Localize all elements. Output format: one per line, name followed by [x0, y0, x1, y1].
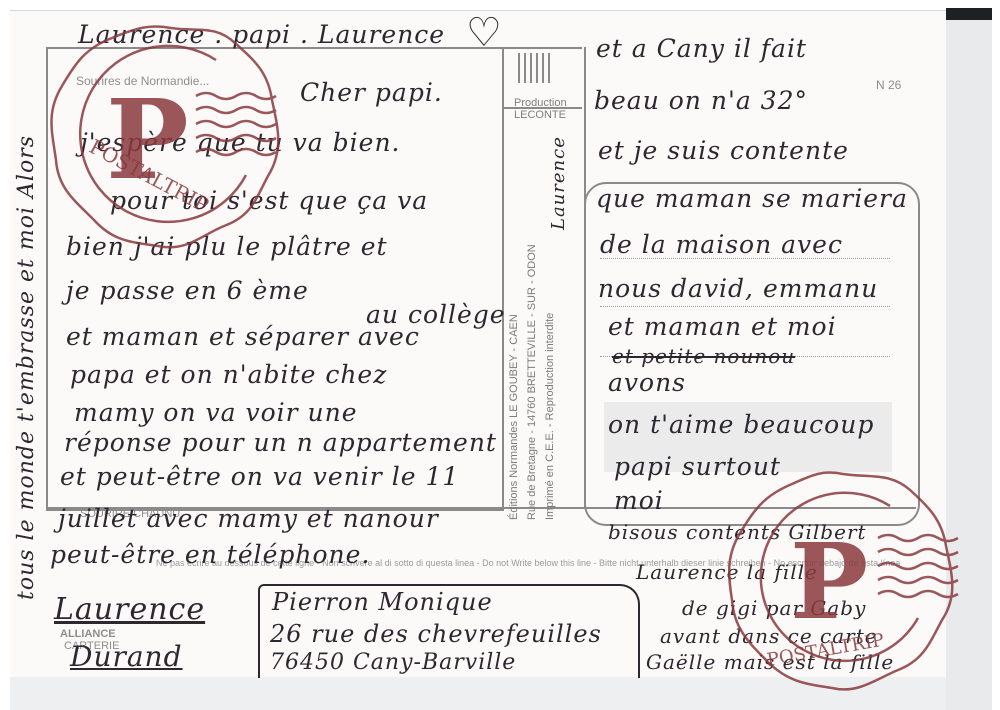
handwriting-margin: tous le monde t'embrasse et moi Alors — [14, 135, 39, 600]
signature-first-name: Laurence — [54, 592, 205, 627]
handwriting-line: on t'aime beaucoup — [608, 410, 874, 439]
handwriting-line: peut-être en téléphone. — [50, 540, 370, 569]
handwriting-line: et maman et moi — [608, 312, 837, 341]
svg-text:P: P — [790, 520, 868, 643]
handwriting-line: et a Cany il fait — [596, 34, 807, 63]
handwriting-line: je passe en 6 ème — [66, 276, 309, 305]
logo-text: Production LECONTE — [514, 97, 576, 121]
handwriting-line: mamy on va voir une — [74, 398, 358, 427]
handwriting-vertical-name: Laurence — [548, 136, 569, 230]
recipient-name: Pierron Monique — [272, 588, 493, 616]
handwriting-line: papa et on n'abite chez — [70, 360, 387, 389]
handwriting-struck-line: et petite nounou — [612, 344, 795, 368]
handwriting-line: avons — [608, 368, 686, 397]
handwriting-line: que maman se mariera — [596, 184, 908, 213]
handwriting-line: beau on n'a 32° — [594, 86, 808, 115]
scan-edge-dark — [946, 8, 992, 20]
logo-line-production: Production — [514, 97, 576, 109]
publisher-credits: Éditions Normandes LE GOUBEY - CAEN Rue … — [505, 120, 581, 520]
handwriting-line: moi — [614, 486, 664, 515]
publisher-line-1: Éditions Normandes LE GOUBEY - CAEN — [505, 120, 523, 520]
logo-bars-icon — [518, 53, 564, 83]
handwriting-line: nous david, emmanu — [598, 274, 878, 303]
handwriting-line: de la maison avec — [600, 230, 843, 259]
handwriting-greeting: Cher papi. — [300, 78, 443, 107]
handwriting-line: et peut-être on va venir le 11 — [60, 462, 459, 491]
postaltrip-stamp-icon: P POSTALTRIP — [46, 20, 296, 260]
brand-line-1: ALLIANCE — [60, 628, 116, 640]
recipient-city: 76450 Cany-Barville — [270, 650, 516, 675]
publisher-line-2: Rue de Bretagne - 14760 BRETTEVILLE - SU… — [523, 120, 541, 520]
handwriting-line: réponse pour un n appartement — [64, 428, 497, 457]
postaltrip-stamp-icon: P POSTALTRIP — [728, 468, 978, 698]
handwriting-line: et maman et séparer avec — [66, 322, 420, 351]
card-code: N 26 — [876, 78, 901, 92]
signature-last-name: Durand — [70, 640, 183, 673]
heart-icon: ♡ — [466, 10, 502, 56]
recipient-street: 26 rue des chevrefeuilles — [270, 620, 602, 648]
handwriting-line: et je suis contente — [598, 136, 849, 165]
handwriting-line: juillet avec mamy et nanour — [58, 504, 439, 533]
